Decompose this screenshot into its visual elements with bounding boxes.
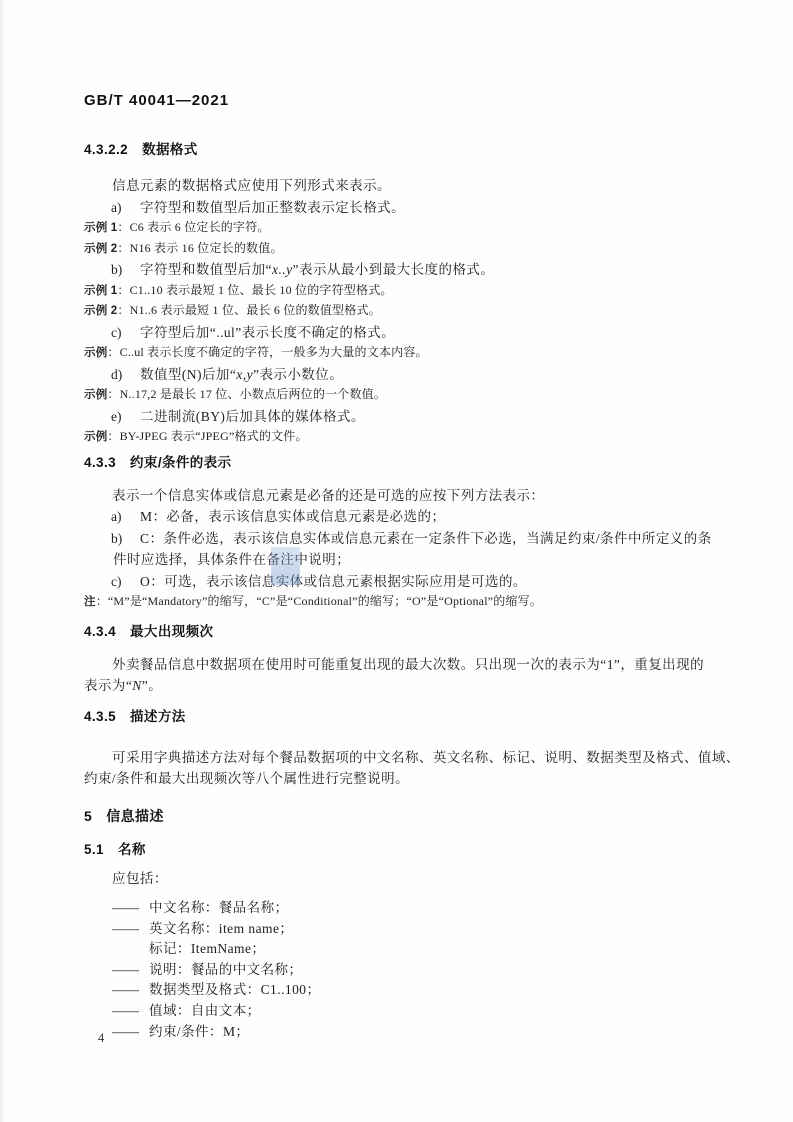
dash: —— [112,1022,149,1043]
example-text: ：N..17,2 是最长 17 位、小数点后两位的一个数值。 [107,387,386,401]
heading-title: 最大出现频次 [130,624,213,639]
heading-number: 5.1 [84,842,104,857]
item-label: e) [111,406,140,428]
example-label: 示例 1 [84,285,117,297]
heading-number: 4.3.5 [84,709,116,724]
example-text: ：C1..10 表示最短 1 位、最长 10 位的字符型格式。 [117,283,392,297]
heading-title: 名称 [118,842,146,857]
paragraph-4322-intro: 信息元素的数据格式应使用下列形式来表示。 [84,175,732,197]
example-line: 示例 2：N1..6 表示最短 1 位、最长 6 位的数值型格式。 [84,301,732,322]
list-item-b: b)C：条件必选，表示该信息实体或信息元素在一定条件下必选，当满足约束/条件中所… [84,528,732,550]
example-line: 示例 1：C6 表示 6 位定长的字符。 [84,218,732,239]
example-line: 示例：C..ul 表示长度不确定的字符，一般多为大量的文本内容。 [84,343,732,364]
item-label: a) [111,506,140,528]
dash-list-item: ——英文名称：item name； [84,919,732,940]
paragraph-434-line2: 表示为“N”。 [84,675,732,697]
item-text: M：必备，表示该信息实体或信息元素是必选的； [140,509,445,524]
dash: —— [112,980,149,1001]
example-text: ：N1..6 表示最短 1 位、最长 6 位的数值型格式。 [117,303,380,317]
item-label: b) [111,259,140,281]
item-label: d) [111,364,140,386]
page-content: 4.3.2.2数据格式 信息元素的数据格式应使用下列形式来表示。 a)字符型和数… [84,140,732,1042]
heading-title: 信息描述 [106,808,164,824]
example-label: 示例 2 [84,305,117,317]
dash-item-text: 约束/条件：M； [149,1024,249,1039]
item-text: 字符型和数值型后加“x..y”表示从最小到最大长度的格式。 [140,262,494,277]
document-page: GB/T 40041—2021 4.3.2.2数据格式 信息元素的数据格式应使用… [0,0,793,1122]
list-item-e: e)二进制流(BY)后加具体的媒体格式。 [84,406,732,428]
dash-item-text: 中文名称：餐品名称； [149,900,289,915]
list-item-b-continuation: 件时应选择，具体条件在备注中说明； [84,549,732,571]
example-line: 示例：BY-JPEG 表示“JPEG”格式的文件。 [84,427,732,448]
example-text: ：N16 表示 16 位定长的数值。 [117,241,282,255]
dash-item-text: 标记：ItemName； [149,941,265,956]
dash-list-item: ——约束/条件：M； [84,1022,732,1043]
list-item-c: c)O：可选，表示该信息实体或信息元素根据实际应用是可选的。 [84,571,732,593]
item-text: C：条件必选，表示该信息实体或信息元素在一定条件下必选，当满足约束/条件中所定义… [140,531,712,546]
paragraph-433-intro: 表示一个信息实体或信息元素是必备的还是可选的应按下列方法表示： [84,485,732,507]
example-label: 示例 [84,389,107,401]
paragraph-435-line2: 约束/条件和最大出现频次等八个属性进行完整说明。 [84,768,732,790]
item-text: 数值型(N)后加“x,y”表示小数位。 [140,367,343,382]
dash-item-text: 英文名称：item name； [149,921,293,936]
paragraph-435-line1: 可采用字典描述方法对每个餐品数据项的中文名称、英文名称、标记、说明、数据类型及格… [84,747,732,769]
list-item-c: c)字符型后加“..ul”表示长度不确定的格式。 [84,322,732,344]
dash: —— [112,960,149,981]
item-label: c) [111,322,140,344]
heading-4-3-4: 4.3.4最大出现频次 [84,622,732,642]
heading-5: 5信息描述 [84,806,732,826]
heading-title: 描述方法 [130,709,186,724]
example-line: 示例 2：N16 表示 16 位定长的数值。 [84,239,732,260]
list-item-b: b)字符型和数值型后加“x..y”表示从最小到最大长度的格式。 [84,259,732,281]
dash-list-item: ——数据类型及格式：C1..100； [84,980,732,1001]
dash: —— [112,1001,149,1022]
example-label: 示例 2 [84,243,117,255]
dash-item-text: 值域：自由文本； [149,1003,261,1018]
item-label: b) [111,528,140,550]
example-text: ：BY-JPEG 表示“JPEG”格式的文件。 [107,429,307,443]
heading-number: 4.3.4 [84,624,116,639]
dash: —— [112,898,149,919]
heading-title: 约束/条件的表示 [130,455,231,470]
dash-list-item: ——值域：自由文本； [84,1001,732,1022]
dash-item-text: 说明：餐品的中文名称； [149,962,302,977]
example-line: 示例：N..17,2 是最长 17 位、小数点后两位的一个数值。 [84,385,732,406]
heading-title: 数据格式 [142,142,198,157]
example-line: 示例 1：C1..10 表示最短 1 位、最长 10 位的字符型格式。 [84,281,732,302]
variable-italic: x,y [236,367,253,382]
variable-italic: N [132,678,141,693]
item-text: 二进制流(BY)后加具体的媒体格式。 [140,409,365,424]
list-item-a: a)M：必备，表示该信息实体或信息元素是必选的； [84,506,732,528]
item-label: c) [111,571,140,593]
dash-item-text: 数据类型及格式：C1..100； [149,982,320,997]
paragraph-434-line1: 外卖餐品信息中数据项在使用时可能重复出现的最大次数。只出现一次的表示为“1”，重… [84,654,732,676]
example-text: ：C6 表示 6 位定长的字符。 [117,220,269,234]
example-label: 示例 [84,431,107,443]
heading-number: 5 [84,808,92,824]
heading-5-1: 5.1名称 [84,840,732,860]
variable-italic: x..y [272,262,293,277]
item-text: 字符型和数值型后加正整数表示定长格式。 [140,200,405,215]
dash: —— [112,919,149,940]
list-item-d: d)数值型(N)后加“x,y”表示小数位。 [84,364,732,386]
heading-4-3-3: 4.3.3约束/条件的表示 [84,453,732,473]
dash-list-item: ——中文名称：餐品名称； [84,898,732,919]
standard-code-header: GB/T 40041—2021 [84,92,229,109]
heading-number: 4.3.3 [84,455,116,470]
heading-4-3-2-2: 4.3.2.2数据格式 [84,140,732,160]
heading-4-3-5: 4.3.5描述方法 [84,707,732,727]
example-text: ：C..ul 表示长度不确定的字符，一般多为大量的文本内容。 [107,345,427,359]
item-text: 字符型后加“..ul”表示长度不确定的格式。 [140,325,395,340]
item-label: a) [111,197,140,219]
heading-number: 4.3.2.2 [84,142,128,157]
example-label: 示例 1 [84,222,117,234]
page-number: 4 [98,1031,104,1046]
note-line: 注：“M”是“Mandatory”的缩写，“C”是“Conditional”的缩… [84,592,732,613]
paragraph-51-intro: 应包括： [84,868,732,890]
item-text: O：可选，表示该信息实体或信息元素根据实际应用是可选的。 [140,574,527,589]
note-text: ：“M”是“Mandatory”的缩写，“C”是“Conditional”的缩写… [96,594,542,608]
note-label: 注 [84,596,96,608]
example-label: 示例 [84,347,107,359]
list-item-a: a)字符型和数值型后加正整数表示定长格式。 [84,197,732,219]
dash-list-item: 标记：ItemName； [84,939,732,960]
dash-list-item: ——说明：餐品的中文名称； [84,960,732,981]
